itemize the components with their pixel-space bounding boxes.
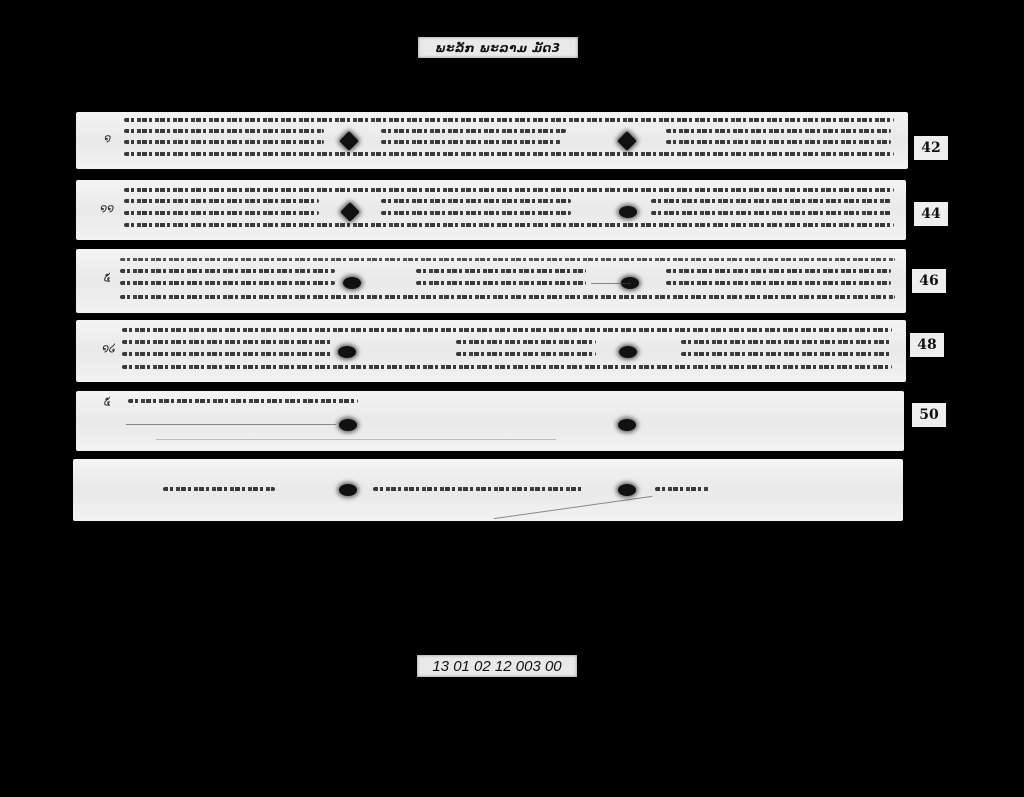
folio-number: 42	[914, 136, 948, 160]
binding-hole	[339, 484, 357, 496]
binding-hole	[343, 277, 361, 289]
folio-number: 50	[912, 403, 946, 427]
palm-leaf-6	[73, 459, 903, 521]
palm-leaf-5: ໕	[76, 391, 904, 451]
palm-leaf-4: ໑໒	[76, 320, 906, 382]
palm-leaf-3: ໕	[76, 249, 906, 313]
palm-leaf-1: ໑	[76, 112, 908, 169]
margin-mark: ໕	[104, 271, 111, 284]
margin-mark: ໑໒	[102, 342, 116, 355]
margin-mark: ໑	[104, 132, 111, 145]
binding-hole	[618, 484, 636, 496]
binding-hole	[619, 206, 637, 218]
binding-hole	[619, 346, 637, 358]
palm-leaf-2: ໑໑	[76, 180, 906, 240]
folio-number: 46	[912, 269, 946, 293]
binding-hole	[617, 131, 637, 151]
folio-number: 44	[914, 202, 948, 226]
binding-hole	[338, 346, 356, 358]
title-label: ພະລັກ ພະລາມ ມັດ3	[418, 37, 578, 58]
folio-number: 48	[910, 333, 944, 357]
binding-hole	[339, 419, 357, 431]
binding-hole	[339, 131, 359, 151]
binding-hole	[340, 202, 360, 222]
binding-hole	[618, 419, 636, 431]
catalog-number-label: 13 01 02 12 003 00	[417, 655, 577, 677]
margin-mark: ໑໑	[100, 202, 114, 215]
margin-mark: ໕	[104, 395, 111, 408]
